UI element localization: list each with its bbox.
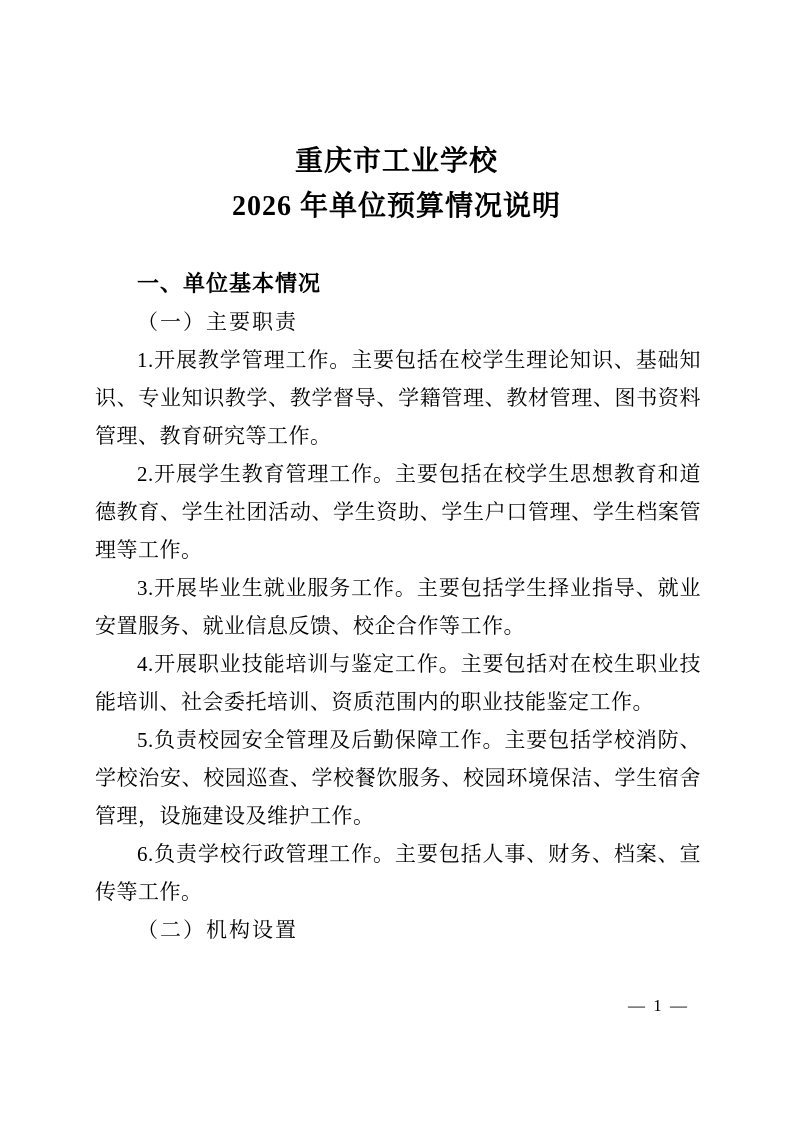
duty-paragraph-2: 2.开展学生教育管理工作。主要包括在校学生思想教育和道德教育、学生社团活动、学生… (95, 455, 701, 569)
subsection-heading-org-structure: （二）机构设置 (95, 911, 701, 949)
document-page: 重庆市工业学校 2026 年单位预算情况说明 一、单位基本情况 （一）主要职责 … (0, 0, 793, 1122)
duty-paragraph-5: 5.负责校园安全管理及后勤保障工作。主要包括学校消防、学校治安、校园巡查、学校餐… (95, 721, 701, 835)
duty-paragraph-1: 1.开展教学管理工作。主要包括在校学生理论知识、基础知识、专业知识教学、教学督导… (95, 341, 701, 455)
duty-paragraph-6: 6.负责学校行政管理工作。主要包括人事、财务、档案、宣传等工作。 (95, 835, 701, 911)
subsection-heading-main-duties: （一）主要职责 (95, 303, 701, 341)
document-title: 重庆市工业学校 2026 年单位预算情况说明 (0, 139, 793, 229)
document-body: 一、单位基本情况 （一）主要职责 1.开展教学管理工作。主要包括在校学生理论知识… (95, 265, 701, 949)
document-title-line1: 重庆市工业学校 (0, 139, 793, 184)
section-heading-basic-info: 一、单位基本情况 (95, 265, 701, 303)
page-number: — 1 — (628, 996, 689, 1016)
duty-paragraph-3: 3.开展毕业生就业服务工作。主要包括学生择业指导、就业安置服务、就业信息反馈、校… (95, 569, 701, 645)
document-title-line2: 2026 年单位预算情况说明 (0, 184, 793, 229)
duty-paragraph-4: 4.开展职业技能培训与鉴定工作。主要包括对在校生职业技能培训、社会委托培训、资质… (95, 645, 701, 721)
